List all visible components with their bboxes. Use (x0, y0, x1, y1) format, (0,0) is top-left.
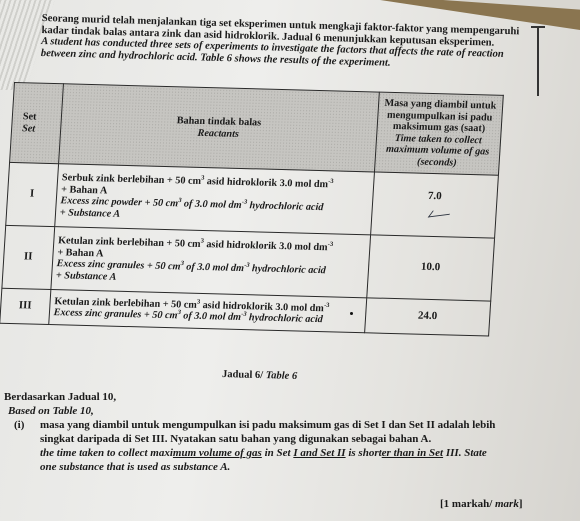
time-cell: 10.0 (366, 235, 494, 301)
en-part-5: is short (346, 447, 382, 459)
reactants-cell: Ketulan zink berlebihan + 50 cm3 asid hi… (51, 227, 371, 298)
header-set-ms: Set (23, 111, 57, 123)
table-header-row: Set Set Bahan tindak balas Reactants Mas… (10, 83, 504, 176)
caption-ms: Jadual 6/ (222, 369, 266, 381)
question-lead-ms: Berdasarkan Jadual 10, (4, 390, 564, 404)
caption-en: Table 6 (266, 370, 298, 382)
question-en-line-1: the time taken to collect maximum volume… (40, 446, 564, 460)
set-cell: II (2, 225, 55, 289)
en-part-2-underlined: mum volume of gas (173, 447, 262, 459)
header-time-ms: Masa yang diambil untuk mengumpulkan isi… (381, 98, 499, 135)
header-set: Set Set (10, 83, 64, 164)
question-body: masa yang diambil untuk mengumpulkan isi… (40, 418, 564, 474)
question-number: (i) (14, 418, 40, 474)
time-value: 7.0 (428, 190, 442, 202)
set-cell: III (0, 288, 51, 324)
marks-close: ] (519, 498, 523, 510)
question-en-line-2: one substance that is used as substance … (40, 460, 564, 474)
set-cell: I (6, 162, 59, 226)
time-cell: 24.0 (364, 298, 491, 336)
time-value: 24.0 (418, 310, 438, 322)
question-item-i: (i) masa yang diambil untuk mengumpulkan… (14, 418, 564, 474)
time-value: 10.0 (421, 261, 441, 273)
check-mark-icon (428, 207, 455, 216)
marks-label: [1 markah/ mark] (440, 498, 523, 510)
en-part-1: the time taken to collect maxi (40, 447, 173, 459)
header-time: Masa yang diambil untuk mengumpulkan isi… (374, 92, 503, 175)
table-caption: Jadual 6/ Table 6 (222, 369, 297, 382)
en-part-7: III. State (443, 447, 487, 459)
results-table: Set Set Bahan tindak balas Reactants Mas… (0, 82, 504, 337)
results-table-wrapper: Set Set Bahan tindak balas Reactants Mas… (0, 82, 504, 337)
question-block: Berdasarkan Jadual 10, Based on Table 10… (4, 390, 564, 474)
en-part-4-underlined: I and Set II (293, 447, 345, 459)
question-lead-en: Based on Table 10, (8, 404, 564, 418)
marks-ms: [1 markah/ (440, 498, 495, 510)
pen-dot-mark (350, 312, 353, 315)
header-time-en: Time taken to collect maximum volume of … (380, 132, 497, 158)
time-cell: 7.0 (370, 172, 498, 238)
question-ms-line-1: masa yang diambil untuk mengumpulkan isi… (40, 418, 564, 432)
marks-en: mark (495, 498, 519, 510)
question-ms-line-2: singkat daripada di Set III. Nyatakan sa… (40, 432, 564, 446)
header-set-en: Set (22, 123, 56, 135)
reactants-cell: Serbuk zink berlebihan + 50 cm3 asid hid… (54, 164, 374, 235)
en-part-6-underlined: er than in Set (382, 447, 443, 459)
en-part-3: in Set (262, 447, 293, 459)
header-reactants: Bahan tindak balas Reactants (58, 84, 379, 172)
